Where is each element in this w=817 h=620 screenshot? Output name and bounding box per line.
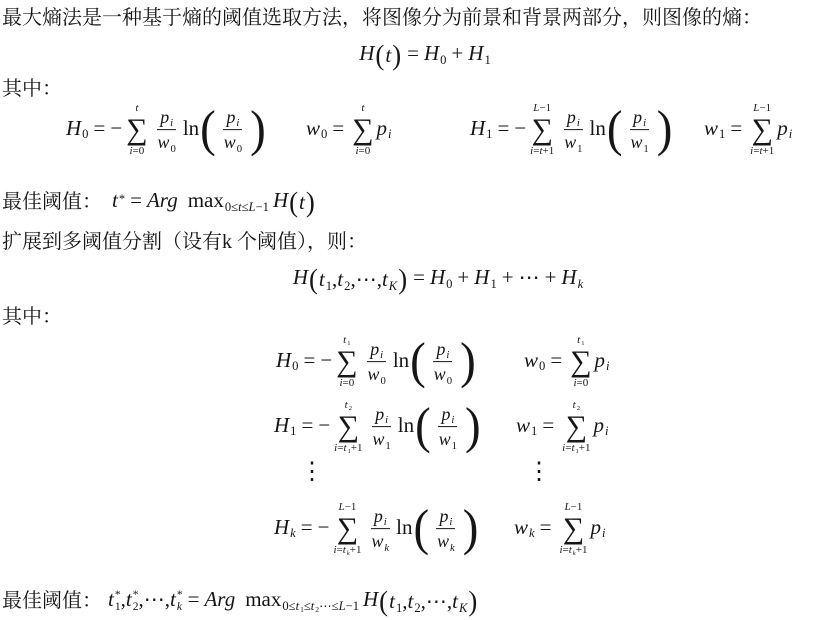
formula-multi-wk: wk=L−1∑i=tk+1pi — [514, 501, 605, 557]
label-among-1: 其中： — [2, 77, 62, 101]
formula-w0-single: w0=t∑i=0pi — [306, 102, 392, 158]
vdots-right: ⋮ — [527, 459, 551, 485]
formula-multi-H0: H0=−t1∑i=0piw0ln(piw0) — [276, 334, 477, 390]
document-page: 最大熵法是一种基于熵的阈值选取方法，将图像分为前景和背景两部分，则图像的熵： H… — [0, 0, 817, 620]
formula-multi-H1: H1=−t2∑i=t1+1piw1ln(piw1) — [274, 399, 482, 455]
vdots-left: ⋮ — [300, 459, 324, 485]
formula-w1-single: w1=L−1∑i=t+1pi — [704, 102, 792, 158]
label-best-threshold-2: 最佳阈值： — [2, 589, 102, 613]
equation-multi-entropy: H(t1,t2,⋯,tK)=H0+H1+⋯+Hk — [293, 264, 583, 292]
formula-multi-w1: w1=t2∑i=t1+1pi — [516, 399, 609, 455]
formula-best-threshold-single: t*=Argmax0≤t≤L−1H(t) — [112, 187, 316, 215]
label-best-threshold-1: 最佳阈值： — [2, 190, 102, 214]
paragraph-extension: 扩展到多阈值分割（设有k 个阈值），则： — [2, 230, 367, 254]
formula-best-threshold-multi: t*1,t*2,⋯,t*k=Argmax0≤t1≤t2⋯≤L−1H(t1,t2,… — [108, 586, 478, 614]
formula-multi-Hk: Hk=−L−1∑i=tk+1piwkln(piwk) — [274, 501, 479, 557]
formula-H1-single: H1=−L−1∑i=t+1piw1ln(piw1) — [470, 102, 673, 158]
intro-paragraph: 最大熵法是一种基于熵的阈值选取方法，将图像分为前景和背景两部分，则图像的熵： — [2, 6, 762, 30]
equation-total-entropy: H(t)=H0+H1 — [359, 40, 490, 68]
formula-H0-single: H0=−t∑i=0piw0ln(piw0) — [66, 102, 267, 158]
label-among-2: 其中： — [2, 305, 62, 329]
formula-multi-w0: w0=t1∑i=0pi — [524, 334, 610, 390]
